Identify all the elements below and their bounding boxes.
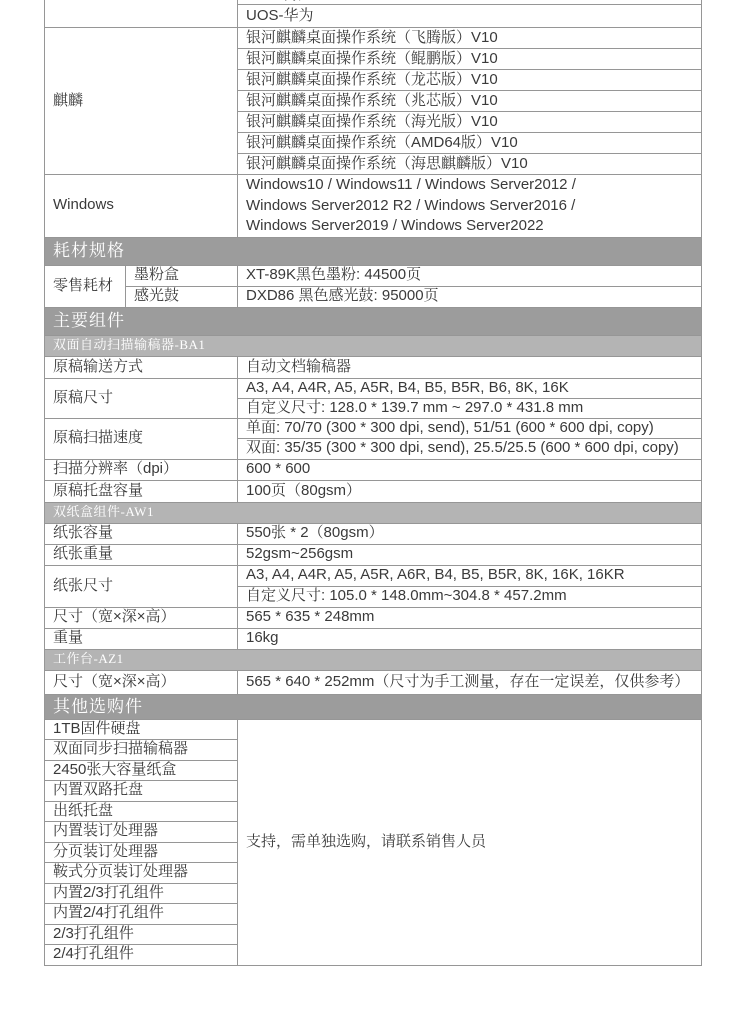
os-value-kirin: 银河麒麟桌面操作系统（兆芯版）V10 — [238, 91, 702, 112]
windows-line-3: Windows Server2019 / Windows Server2022 — [246, 216, 701, 237]
spec-value: 600 * 600 — [238, 459, 702, 480]
os-group-label-kirin: 麒麟 — [45, 28, 238, 175]
os-value-kirin: 银河麒麟桌面操作系统（飞腾版）V10 — [238, 28, 702, 49]
spec-value: 自定义尺寸: 128.0 * 139.7 mm ~ 297.0 * 431.8 … — [238, 398, 702, 418]
option-item: 双面同步扫描输稿器 — [45, 740, 238, 761]
spec-value: 550张 * 2（80gsm） — [238, 523, 702, 544]
os-value-kirin: 银河麒麟桌面操作系统（鲲鹏版）V10 — [238, 49, 702, 70]
subsection-header-cassette: 双纸盒组件-AW1 — [45, 502, 702, 523]
spec-value: 52gsm~256gsm — [238, 544, 702, 565]
os-value-uos-huawei: UOS-华为 — [238, 5, 702, 28]
spec-label: 尺寸（宽×深×高） — [45, 607, 238, 628]
windows-line-2: Windows Server2012 R2 / Windows Server20… — [246, 196, 701, 217]
consumable-value: DXD86 黑色感光鼓: 95000页 — [238, 286, 702, 307]
os-value-kirin: 银河麒麟桌面操作系统（龙芯版）V10 — [238, 70, 702, 91]
os-value-kirin: 银河麒麟桌面操作系统（海思麒麟版）V10 — [238, 154, 702, 175]
option-item: 鞍式分页装订处理器 — [45, 863, 238, 884]
subsection-header-worktable: 工作台-AZ1 — [45, 649, 702, 670]
option-item: 内置2/3打孔组件 — [45, 883, 238, 904]
spec-value: 565 * 640 * 252mm（尺寸为手工测量，存在一定误差，仅供参考） — [238, 670, 702, 694]
option-item: 内置双路托盘 — [45, 781, 238, 802]
spec-value: 自动文档输稿器 — [238, 356, 702, 378]
os-value-kirin: 银河麒麟桌面操作系统（海光版）V10 — [238, 112, 702, 133]
spec-label: 重量 — [45, 628, 238, 649]
option-item: 分页装订处理器 — [45, 842, 238, 863]
spec-value: 16kg — [238, 628, 702, 649]
spec-value: 100页（80gsm） — [238, 480, 702, 502]
spec-value: 单面: 70/70 (300 * 300 dpi, send), 51/51 (… — [238, 418, 702, 438]
section-header-consumables: 耗材规格 — [45, 237, 702, 265]
consumable-name: 感光鼓 — [126, 286, 238, 307]
spec-label: 原稿输送方式 — [45, 356, 238, 378]
option-item: 出纸托盘 — [45, 801, 238, 822]
spec-label: 扫描分辨率（dpi） — [45, 459, 238, 480]
spec-value: 双面: 35/35 (300 * 300 dpi, send), 25.5/25… — [238, 438, 702, 459]
option-item: 1TB固件硬盘 — [45, 719, 238, 740]
spec-label: 原稿尺寸 — [45, 378, 238, 418]
spec-label: 纸张容量 — [45, 523, 238, 544]
option-item: 内置2/4打孔组件 — [45, 904, 238, 925]
os-group-label-windows: Windows — [45, 175, 238, 238]
os-row-partial: UOS-海光 — [238, 0, 702, 5]
os-group-label-cutoff — [45, 0, 238, 28]
spec-label: 纸张尺寸 — [45, 565, 238, 607]
option-item: 2/4打孔组件 — [45, 945, 238, 966]
consumable-name: 墨粉盒 — [126, 265, 238, 286]
os-value-cutoff: UOS-海光 — [246, 0, 701, 4]
option-item: 2/3打孔组件 — [45, 924, 238, 945]
spec-label: 尺寸（宽×深×高） — [45, 670, 238, 694]
spec-label: 原稿托盘容量 — [45, 480, 238, 502]
options-note: 支持，需单独选购，请联系销售人员 — [238, 719, 702, 965]
os-value-windows: Windows10 / Windows11 / Windows Server20… — [238, 175, 702, 238]
option-item: 内置装订处理器 — [45, 822, 238, 843]
consumable-value: XT-89K黑色墨粉: 44500页 — [238, 265, 702, 286]
spec-value: 自定义尺寸: 105.0 * 148.0mm~304.8 * 457.2mm — [238, 586, 702, 607]
spec-value: 565 * 635 * 248mm — [238, 607, 702, 628]
subsection-header-adf: 双面自动扫描输稿器-BA1 — [45, 335, 702, 356]
spec-label: 原稿扫描速度 — [45, 418, 238, 459]
os-value-kirin: 银河麒麟桌面操作系统（AMD64版）V10 — [238, 133, 702, 154]
option-item: 2450张大容量纸盒 — [45, 760, 238, 781]
spec-value: A3, A4, A4R, A5, A5R, B4, B5, B5R, B6, 8… — [238, 378, 702, 398]
spec-value: A3, A4, A4R, A5, A5R, A6R, B4, B5, B5R, … — [238, 565, 702, 586]
consumables-retail-label: 零售耗材 — [45, 265, 126, 307]
spec-table: UOS-海光 UOS-华为 麒麟 银河麒麟桌面操作系统（飞腾版）V10 银河麒麟… — [44, 0, 701, 966]
section-header-options: 其他选购件 — [45, 694, 702, 719]
spec-label: 纸张重量 — [45, 544, 238, 565]
windows-line-1: Windows10 / Windows11 / Windows Server20… — [246, 175, 701, 196]
section-header-components: 主要组件 — [45, 307, 702, 335]
